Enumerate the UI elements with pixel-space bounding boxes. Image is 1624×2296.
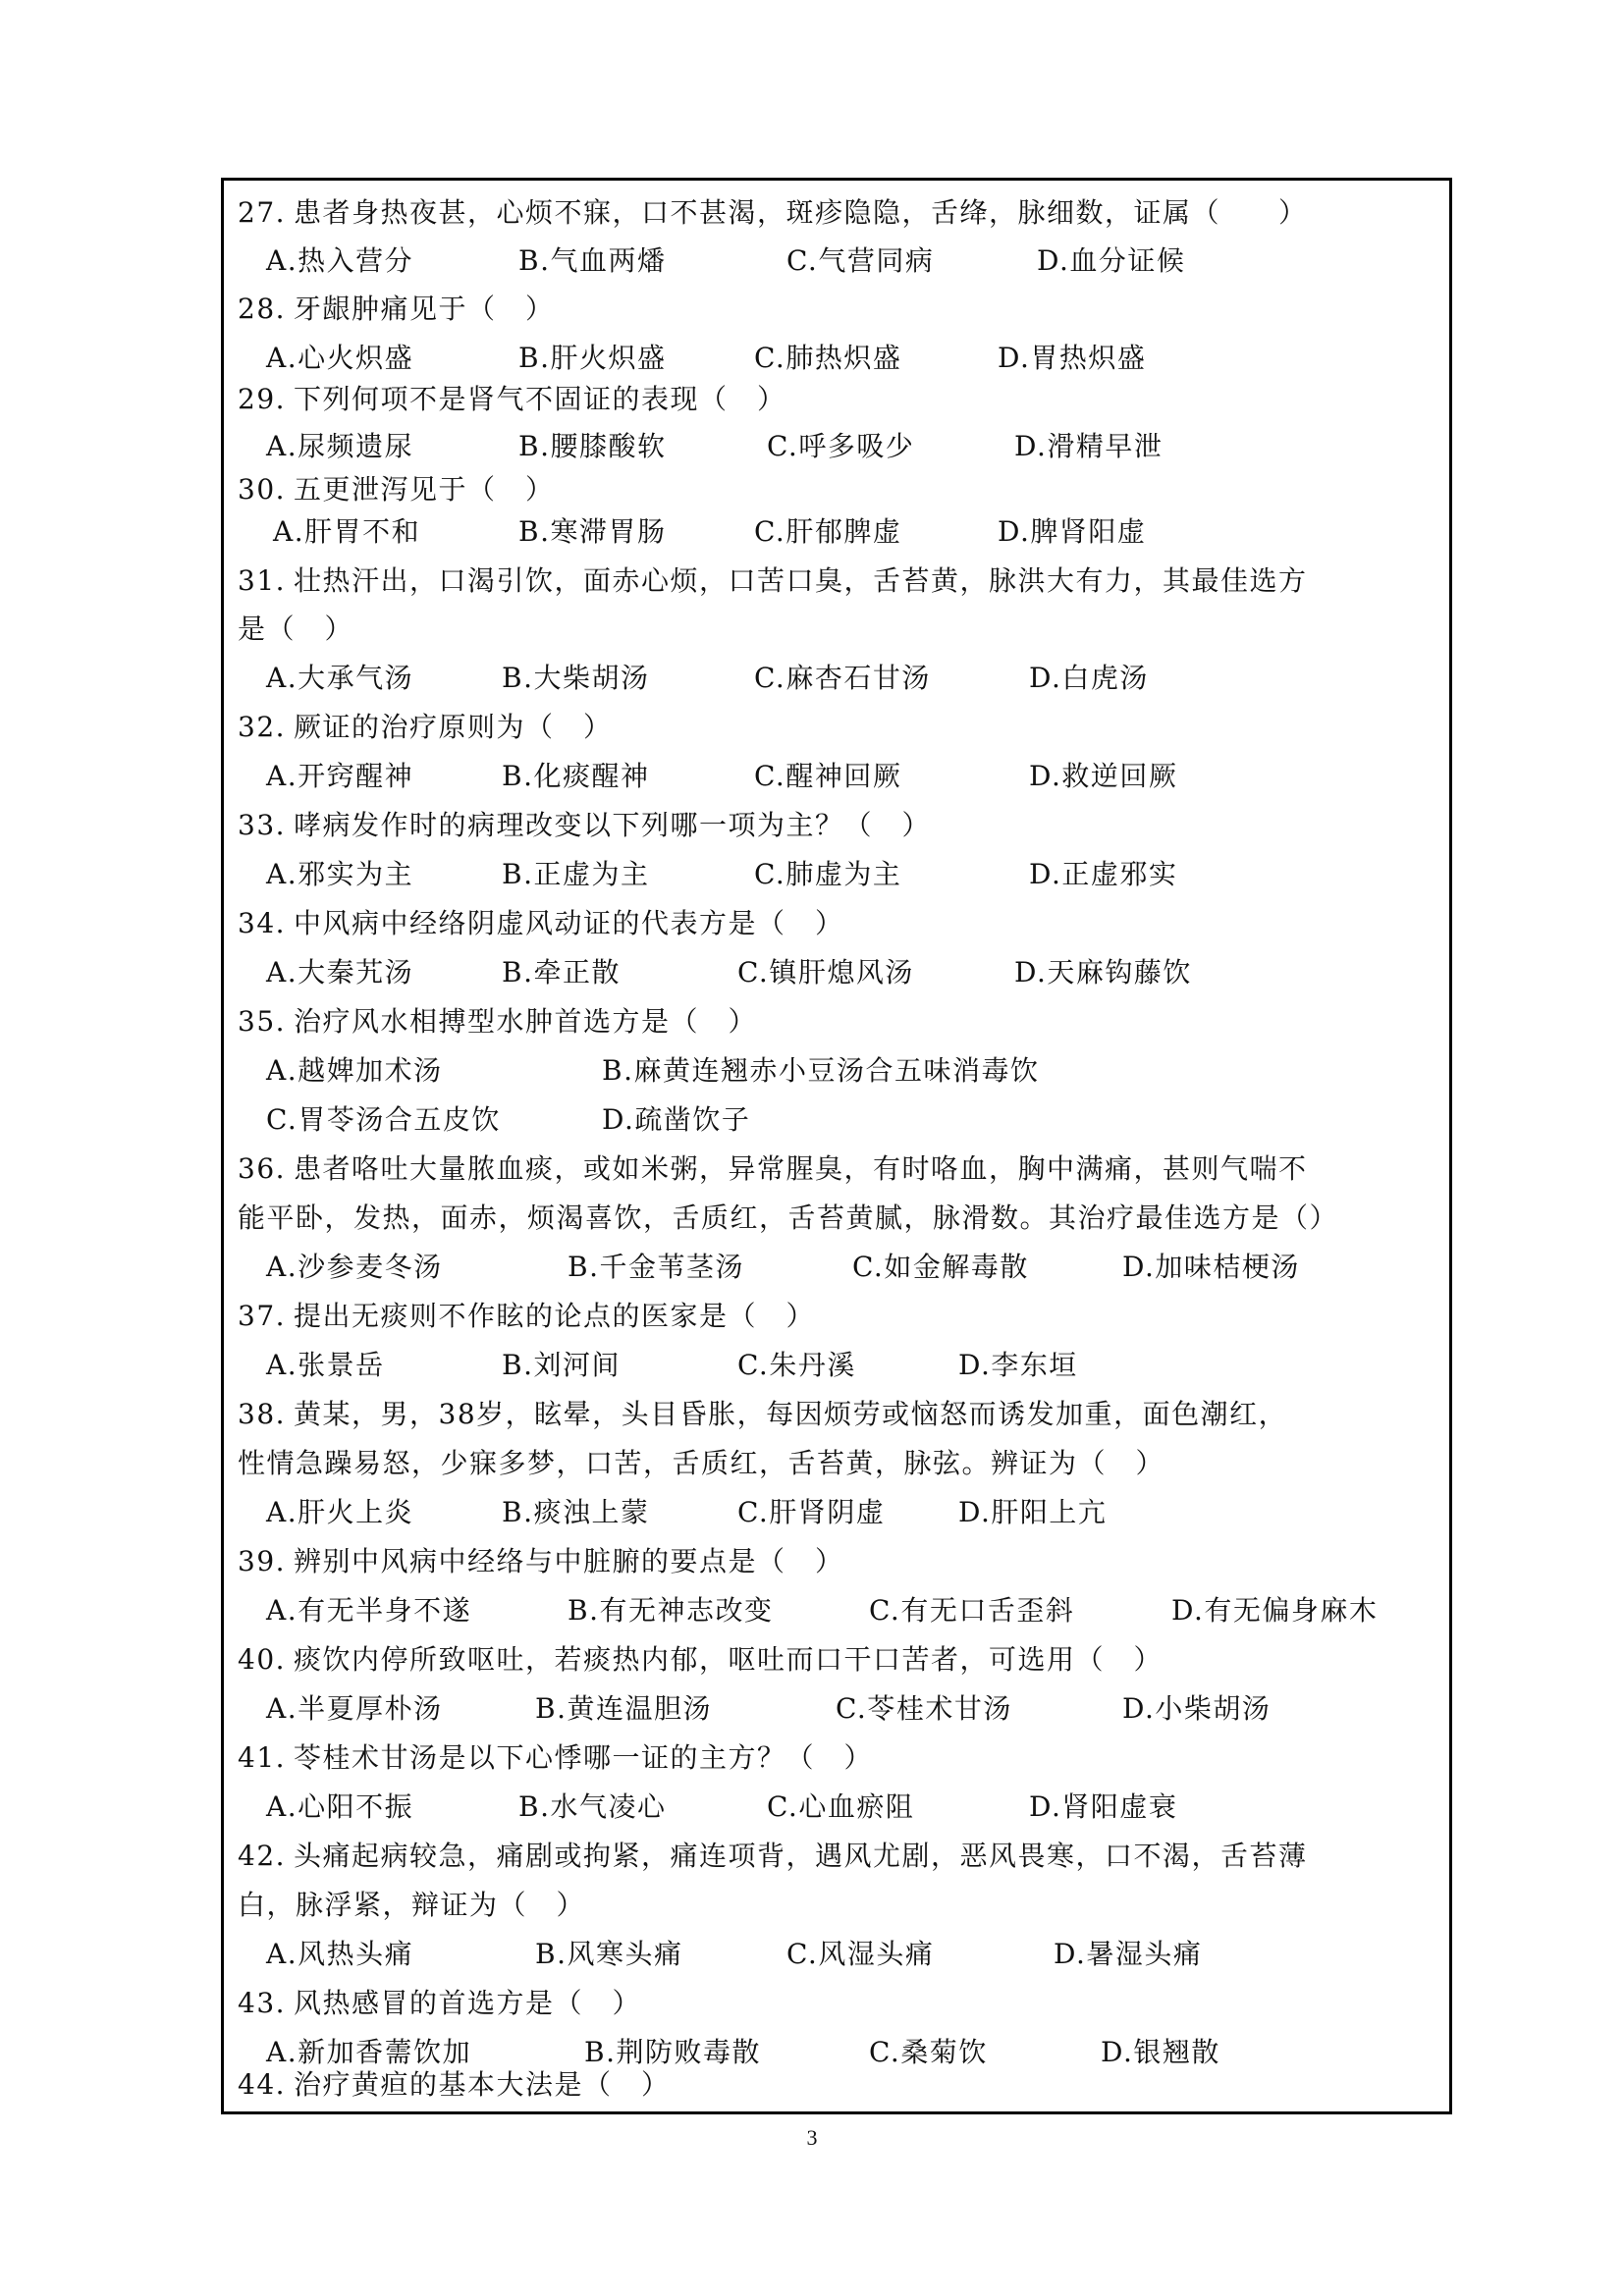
option-c: C.如金解毒散: [852, 1243, 1029, 1292]
option-b: B.化痰醒神: [502, 752, 649, 801]
option-a: A.风热头痛: [266, 1930, 413, 1979]
question-41: 41.苓桂术甘汤是以下心悸哪一证的主方？（ ）: [238, 1734, 873, 1783]
question-33: 33.哮病发作时的病理改变以下列哪一项为主？（ ）: [238, 801, 931, 850]
question-44: 44.治疗黄疸的基本大法是（ ）: [238, 2060, 671, 2109]
option-a: A.心阳不振: [266, 1783, 413, 1832]
option-c: C.肺虚为主: [754, 850, 901, 899]
question-number: 32.: [238, 703, 286, 752]
option-c: C.醒神回厥: [754, 752, 901, 801]
option-d: D.肾阳虚衰: [1029, 1783, 1177, 1832]
option-d: D.血分证候: [1037, 237, 1185, 286]
question-number: 38.: [238, 1390, 286, 1439]
option-a: A.大承气汤: [266, 654, 413, 703]
question-number: 37.: [238, 1292, 286, 1341]
question-39: 39.辨别中风病中经络与中脏腑的要点是（ ）: [238, 1537, 844, 1586]
option-c: C.心血瘀阻: [767, 1783, 914, 1832]
option-b: B.正虚为主: [502, 850, 649, 899]
question-text: 患者身热夜甚，心烦不寐，口不甚渴，斑疹隐隐，舌绛，脉细数，证属（ ）: [294, 196, 1308, 229]
option-d: D.李东垣: [958, 1341, 1078, 1390]
option-a: A.热入营分: [266, 237, 413, 286]
question-table-border: 27.患者身热夜甚，心烦不寐，口不甚渴，斑疹隐隐，舌绛，脉细数，证属（ ） A.…: [221, 178, 1452, 2114]
question-number: 36.: [238, 1145, 286, 1194]
option-b: B.麻黄连翘赤小豆汤合五味消毒饮: [602, 1046, 1039, 1095]
option-c: C.镇肝熄风汤: [737, 948, 914, 997]
option-c: C.麻杏石甘汤: [754, 654, 931, 703]
option-d: D.小柴胡汤: [1122, 1684, 1271, 1734]
option-a: A.有无半身不遂: [266, 1586, 471, 1635]
question-number: 40.: [238, 1635, 286, 1684]
option-b: B.有无神志改变: [568, 1586, 773, 1635]
question-number: 34.: [238, 899, 286, 948]
option-c: C.胃苓汤合五皮饮: [266, 1095, 501, 1145]
question-number: 27.: [238, 188, 286, 238]
option-d: D.加味桔梗汤: [1122, 1243, 1300, 1292]
question-number: 31.: [238, 557, 286, 606]
question-31: 31.壮热汗出，口渴引饮，面赤心烦，口苦口臭，舌苔黄，脉洪大有力，其最佳选方: [238, 557, 1308, 606]
question-29: 29.下列何项不是肾气不固证的表现（ ）: [238, 375, 786, 424]
option-c: C.肝肾阴虚: [737, 1488, 885, 1537]
option-a: A.肝胃不和: [273, 507, 420, 557]
question-text: 提出无痰则不作眩的论点的医家是（ ）: [294, 1300, 815, 1332]
option-a: A.邪实为主: [266, 850, 413, 899]
question-42: 42.头痛起病较急，痛剧或拘紧，痛连项背，遇风尤剧，恶风畏寒，口不渴，舌苔薄: [238, 1832, 1308, 1881]
question-32: 32.厥证的治疗原则为（ ）: [238, 703, 613, 752]
question-text: 壮热汗出，口渴引饮，面赤心烦，口苦口臭，舌苔黄，脉洪大有力，其最佳选方: [294, 564, 1308, 597]
option-d: D.滑精早泄: [1014, 422, 1163, 471]
option-c: C.有无口舌歪斜: [869, 1586, 1074, 1635]
option-c: C.朱丹溪: [737, 1341, 856, 1390]
option-b: B.牵正散: [502, 948, 621, 997]
option-d: D.白虎汤: [1029, 654, 1149, 703]
question-37: 37.提出无痰则不作眩的论点的医家是（ ）: [238, 1292, 815, 1341]
question-34: 34.中风病中经络阴虚风动证的代表方是（ ）: [238, 899, 844, 948]
option-b: B.气血两燔: [518, 237, 666, 286]
option-b: B.大柴胡汤: [502, 654, 649, 703]
question-31-continuation: 是（ ）: [238, 605, 353, 654]
option-a: A.尿频遗尿: [266, 422, 413, 471]
question-number: 29.: [238, 375, 286, 424]
question-text: 中风病中经络阴虚风动证的代表方是（ ）: [294, 907, 844, 939]
option-d: D.脾肾阳虚: [998, 507, 1146, 557]
option-d: D.正虚邪实: [1029, 850, 1177, 899]
option-d: D.胃热炽盛: [998, 334, 1146, 383]
question-text: 辨别中风病中经络与中脏腑的要点是（ ）: [294, 1545, 844, 1577]
question-text: 苓桂术甘汤是以下心悸哪一证的主方？（ ）: [294, 1741, 873, 1774]
question-text: 患者咯吐大量脓血痰，或如米粥，异常腥臭，有时咯血，胸中满痛，甚则气喘不: [294, 1152, 1308, 1185]
question-text: 风热感冒的首选方是（ ）: [294, 1987, 641, 2019]
question-38: 38.黄某，男，38岁，眩晕，头目昏胀，每因烦劳或恼怒而诱发加重，面色潮红，: [238, 1390, 1287, 1439]
option-d: D.疏凿饮子: [602, 1095, 750, 1145]
option-b: B.黄连温胆汤: [535, 1684, 712, 1734]
option-b: B.痰浊上蒙: [502, 1488, 649, 1537]
question-43: 43.风热感冒的首选方是（ ）: [238, 1979, 641, 2028]
question-text: 治疗风水相搏型水肿首选方是（ ）: [294, 1005, 757, 1038]
question-text: 治疗黄疸的基本大法是（ ）: [294, 2068, 671, 2101]
question-text: 五更泄泻见于（ ）: [294, 473, 555, 506]
question-number: 35.: [238, 997, 286, 1046]
question-number: 41.: [238, 1734, 286, 1783]
option-b: B.风寒头痛: [535, 1930, 682, 1979]
question-number: 43.: [238, 1979, 286, 2028]
option-a: A.张景岳: [266, 1341, 385, 1390]
question-text: 痰饮内停所致呕吐，若痰热内郁，呕吐而口干口苦者，可选用（ ）: [294, 1643, 1163, 1676]
question-number: 44.: [238, 2060, 286, 2109]
question-number: 39.: [238, 1537, 286, 1586]
option-d: D.肝阳上亢: [958, 1488, 1107, 1537]
option-b: B.寒滞胃肠: [518, 507, 666, 557]
question-36: 36.患者咯吐大量脓血痰，或如米粥，异常腥臭，有时咯血，胸中满痛，甚则气喘不: [238, 1145, 1308, 1194]
question-text: 哮病发作时的病理改变以下列哪一项为主？（ ）: [294, 809, 931, 841]
option-a: A.沙参麦冬汤: [266, 1243, 443, 1292]
question-text: 牙龈肿痛见于（ ）: [294, 293, 555, 325]
question-text: 头痛起病较急，痛剧或拘紧，痛连项背，遇风尤剧，恶风畏寒，口不渴，舌苔薄: [294, 1840, 1308, 1872]
option-c: C.桑菊饮: [869, 2028, 988, 2077]
question-35: 35.治疗风水相搏型水肿首选方是（ ）: [238, 997, 757, 1046]
question-42-continuation: 白，脉浮紧，辩证为（ ）: [238, 1881, 585, 1930]
option-a: A.肝火上炎: [266, 1488, 413, 1537]
question-number: 42.: [238, 1832, 286, 1881]
option-b: B.腰膝酸软: [518, 422, 666, 471]
option-a: A.半夏厚朴汤: [266, 1684, 443, 1734]
question-38-continuation: 性情急躁易怒，少寐多梦，口苦，舌质红，舌苔黄，脉弦。辨证为（ ）: [238, 1439, 1164, 1488]
option-a: A.大秦艽汤: [266, 948, 413, 997]
option-d: D.救逆回厥: [1029, 752, 1177, 801]
option-a: A.开窍醒神: [266, 752, 413, 801]
option-d: D.暑湿头痛: [1054, 1930, 1202, 1979]
option-d: D.有无偏身麻木: [1171, 1586, 1378, 1635]
option-b: B.千金苇茎汤: [568, 1243, 744, 1292]
option-d: D.天麻钩藤饮: [1014, 948, 1192, 997]
page-number: 3: [0, 2125, 1624, 2151]
option-c: C.苓桂术甘汤: [836, 1684, 1012, 1734]
option-d: D.银翘散: [1101, 2028, 1220, 2077]
option-c: C.气营同病: [786, 237, 934, 286]
question-text: 黄某，男，38岁，眩晕，头目昏胀，每因烦劳或恼怒而诱发加重，面色潮红，: [294, 1398, 1287, 1430]
option-c: C.呼多吸少: [767, 422, 914, 471]
option-b: B.水气凌心: [518, 1783, 666, 1832]
question-40: 40.痰饮内停所致呕吐，若痰热内郁，呕吐而口干口苦者，可选用（ ）: [238, 1635, 1163, 1684]
question-28: 28.牙龈肿痛见于（ ）: [238, 285, 555, 334]
question-27: 27.患者身热夜甚，心烦不寐，口不甚渴，斑疹隐隐，舌绛，脉细数，证属（ ）: [238, 188, 1308, 238]
question-text: 厥证的治疗原则为（ ）: [294, 711, 613, 743]
question-text: 下列何项不是肾气不固证的表现（ ）: [294, 383, 786, 415]
option-c: C.风湿头痛: [786, 1930, 934, 1979]
question-number: 28.: [238, 285, 286, 334]
option-a: A.越婢加术汤: [266, 1046, 443, 1095]
question-36-continuation: 能平卧，发热，面赤，烦渴喜饮，舌质红，舌苔黄腻，脉滑数。其治疗最佳选方是（）: [238, 1194, 1338, 1243]
question-number: 33.: [238, 801, 286, 850]
option-c: C.肝郁脾虚: [754, 507, 901, 557]
option-b: B.刘河间: [502, 1341, 621, 1390]
